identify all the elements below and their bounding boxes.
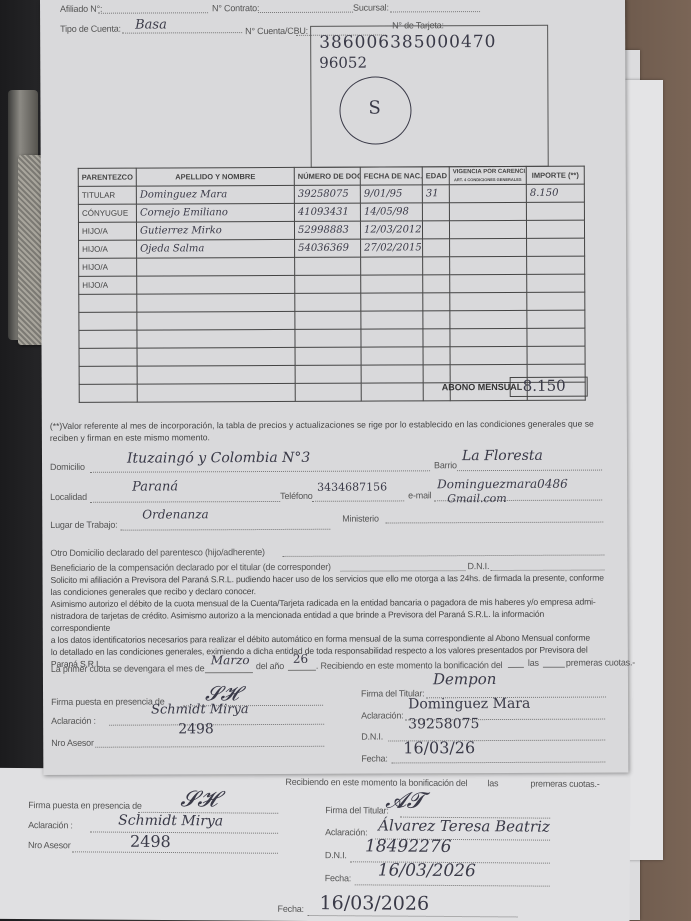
cell-edad[interactable] xyxy=(422,221,449,239)
cell-importe[interactable] xyxy=(527,292,585,310)
abono-mensual-box[interactable]: 8.150 xyxy=(510,377,588,397)
telefono-value: 3434687156 xyxy=(317,480,387,493)
cell-doc[interactable] xyxy=(295,311,361,329)
cell-nombre[interactable] xyxy=(137,365,295,384)
table-row xyxy=(79,310,585,330)
cell-doc[interactable] xyxy=(295,383,361,401)
localidad-value: Paraná xyxy=(132,479,178,494)
cell-doc[interactable] xyxy=(295,329,361,347)
cell-parentezco[interactable] xyxy=(79,294,137,312)
ministerio-label: Ministerio xyxy=(342,514,379,524)
cell-doc[interactable] xyxy=(295,257,361,275)
primer-cuota-anio-field[interactable] xyxy=(288,670,316,671)
cell-vigencia[interactable] xyxy=(450,238,527,256)
col-nac: FECHA DE NAC. xyxy=(360,167,422,185)
bonificacion-las-label: las xyxy=(528,658,539,668)
cell-parentezco[interactable]: HIJO/A xyxy=(79,276,137,294)
col-doc: NÚMERO DE DOC. xyxy=(294,167,360,185)
cell-doc[interactable]: 41093431 xyxy=(294,203,360,221)
cell-vigencia[interactable] xyxy=(450,274,527,292)
cell-edad[interactable] xyxy=(423,293,450,311)
cell-nac[interactable] xyxy=(361,347,423,365)
table-row: HIJO/AGutierrez Mirko5299888312/03/2012 xyxy=(78,220,584,240)
titular-aclaracion-label: Aclaración: xyxy=(361,710,403,720)
cell-nac[interactable] xyxy=(361,365,423,383)
afiliado-field[interactable] xyxy=(98,12,208,13)
cell-edad[interactable] xyxy=(423,311,450,329)
telefono-label: Teléfono xyxy=(280,491,312,501)
cell-nombre[interactable]: Ojeda Salma xyxy=(137,239,295,258)
cell-edad[interactable]: 31 xyxy=(422,185,449,203)
cell-parentezco[interactable] xyxy=(79,330,137,348)
second-titular-label: Firma del Titular: xyxy=(325,805,388,815)
cell-vigencia[interactable] xyxy=(450,328,527,346)
cell-nac[interactable] xyxy=(361,293,423,311)
telefono-field[interactable] xyxy=(312,500,404,501)
cell-vigencia[interactable] xyxy=(449,202,526,220)
cell-parentezco[interactable] xyxy=(79,312,137,330)
cell-parentezco[interactable]: TITULAR xyxy=(78,186,136,204)
cell-importe[interactable] xyxy=(527,274,585,292)
cell-edad[interactable] xyxy=(422,203,449,221)
second-fecha-value: 16/03/2026 xyxy=(378,860,476,881)
email-value-line1: Dominguezmara0486 xyxy=(437,477,568,492)
sucursal-label: Sucursal: xyxy=(353,2,389,12)
second-asesor-value: 2498 xyxy=(130,832,171,851)
aclaracion-value: Schmidt Mirya xyxy=(151,702,249,717)
cell-doc[interactable] xyxy=(295,347,361,365)
abono-mensual-value: 8.150 xyxy=(523,377,566,395)
cell-parentezco[interactable] xyxy=(79,366,137,384)
barrio-value: La Floresta xyxy=(462,448,543,464)
table-row xyxy=(79,292,585,312)
second-titular-aclaracion-value: Álvarez Teresa Beatriz xyxy=(378,816,550,835)
second-fecha2-line[interactable] xyxy=(308,915,518,917)
cell-parentezco[interactable] xyxy=(79,384,137,402)
table-row: TITULARDominguez Mara392580759/01/95318.… xyxy=(78,184,584,204)
cell-nac[interactable] xyxy=(361,329,423,347)
bonificacion-del-field[interactable] xyxy=(508,667,524,668)
afiliado-label: Afiliado N°: xyxy=(60,4,102,14)
second-dni-value: 18492276 xyxy=(365,836,452,857)
barrio-label: Barrio xyxy=(434,460,457,470)
cell-vigencia[interactable] xyxy=(450,310,527,328)
cell-nac[interactable]: 14/05/98 xyxy=(360,203,422,221)
second-bonificacion-text: Recibiendo en este momento la bonificaci… xyxy=(285,777,467,788)
cell-parentezco[interactable]: HIJO/A xyxy=(78,222,136,240)
second-presencia-label: Firma puesta en presencia de xyxy=(28,800,142,811)
domicilio-label: Domicilio xyxy=(50,462,85,472)
cell-nombre[interactable]: Dominguez Mara xyxy=(136,185,294,204)
ministerio-field[interactable] xyxy=(385,522,603,524)
second-asesor-label: Nro Asesor xyxy=(28,840,71,850)
beneficiario-dni-label: D.N.I. xyxy=(467,561,489,571)
localidad-field[interactable] xyxy=(90,501,280,503)
second-fecha2-value: 16/03/2026 xyxy=(320,892,430,915)
presencia-label: Firma puesta en presencia de xyxy=(51,696,165,706)
trabajo-value: Ordenanza xyxy=(142,507,209,521)
family-table-body: TITULARDominguez Mara392580759/01/95318.… xyxy=(78,184,585,402)
circled-letter: S xyxy=(368,98,380,119)
table-row: CÓNYUGUECornejo Emiliano4109343114/05/98 xyxy=(78,202,584,222)
cell-importe[interactable] xyxy=(527,328,585,346)
tarjeta-value-line2: 96052 xyxy=(319,54,367,72)
col-nombre: APELLIDO Y NOMBRE xyxy=(136,167,294,186)
primer-cuota-end: premeras cuotas.- xyxy=(566,657,635,667)
family-table: PARENTEZCO APELLIDO Y NOMBRE NÚMERO DE D… xyxy=(78,166,586,403)
cell-nombre[interactable] xyxy=(137,383,295,402)
cell-nac[interactable] xyxy=(361,275,423,293)
second-form-sheet: Recibiendo en este momento la bonificaci… xyxy=(0,768,631,921)
cell-nombre[interactable] xyxy=(137,311,295,330)
email-label: e-mail xyxy=(408,490,431,500)
cell-importe[interactable] xyxy=(527,238,585,256)
table-header-row: PARENTEZCO APELLIDO Y NOMBRE NÚMERO DE D… xyxy=(78,166,584,186)
cell-doc[interactable] xyxy=(295,365,361,383)
titular-fecha-label: Fecha: xyxy=(361,753,387,763)
tarjeta-value-line1: 386006385000470 xyxy=(319,32,496,53)
contrato-field[interactable] xyxy=(258,12,353,13)
cell-nac[interactable] xyxy=(361,383,423,401)
cell-nombre[interactable]: Gutierrez Mirko xyxy=(136,221,294,240)
titular-fecha-field[interactable] xyxy=(391,762,605,764)
cell-importe[interactable] xyxy=(527,256,585,274)
cell-importe[interactable] xyxy=(526,220,584,238)
cell-edad[interactable] xyxy=(423,365,450,383)
cell-doc[interactable]: 52998883 xyxy=(294,221,360,239)
cell-importe[interactable] xyxy=(526,202,584,220)
cell-nac[interactable]: 9/01/95 xyxy=(360,185,422,203)
col-vigencia: VIGENCIA POR CARENCIA ART. 4 CONDICIONES… xyxy=(449,166,526,184)
titular-signature: Dempon xyxy=(433,670,496,688)
col-edad: EDAD xyxy=(422,167,449,185)
second-aclaracion-label: Aclaración : xyxy=(28,820,73,830)
titular-dni-label: D.N.I. xyxy=(361,732,383,742)
trabajo-label: Lugar de Trabajo: xyxy=(50,520,117,530)
cell-nac[interactable]: 12/03/2012 xyxy=(360,221,422,239)
trabajo-field[interactable] xyxy=(120,529,330,531)
cell-doc[interactable]: 39258075 xyxy=(294,185,360,203)
titular-fecha-value: 16/03/26 xyxy=(403,738,475,757)
contrato-label: N° Contrato: xyxy=(212,3,259,13)
cell-doc[interactable] xyxy=(295,293,361,311)
sucursal-field[interactable] xyxy=(390,11,480,12)
primer-cuota-prefix: La primer cuota se devengara el mes de xyxy=(51,663,205,674)
beneficiario-label: Beneficiario de la compensación declarad… xyxy=(50,562,330,573)
table-row xyxy=(79,328,585,348)
cell-nac[interactable] xyxy=(361,257,423,275)
cell-parentezco[interactable]: HIJO/A xyxy=(79,240,137,258)
cell-nombre[interactable] xyxy=(137,257,295,276)
second-las-label: las xyxy=(487,778,498,788)
cell-nombre[interactable] xyxy=(137,329,295,348)
cell-edad[interactable] xyxy=(423,347,450,365)
cell-nombre[interactable] xyxy=(137,347,295,366)
legal-line: lo detallado en las condiciones generale… xyxy=(51,644,606,658)
cell-nombre[interactable] xyxy=(137,275,295,294)
cell-nombre[interactable] xyxy=(137,293,295,312)
aclaracion-field[interactable] xyxy=(109,724,324,726)
cell-importe[interactable]: 8.150 xyxy=(526,184,584,202)
asesor-label: Nro Asesor xyxy=(51,738,94,748)
second-fecha-line[interactable] xyxy=(355,884,550,886)
primer-cuota-mes-field[interactable] xyxy=(205,672,253,673)
cell-importe[interactable] xyxy=(527,310,585,328)
legal-line: nistradora de tarjetas de crédito. Asimi… xyxy=(51,608,606,634)
table-row xyxy=(79,346,585,366)
domicilio-value: Ituzaingó y Colombia N°3 xyxy=(127,450,310,467)
pricing-note: (**)Valor referente al mes de incorporac… xyxy=(50,418,605,444)
cell-edad[interactable] xyxy=(423,275,450,293)
second-titular-signature: 𝓐𝓣 xyxy=(385,789,423,814)
legal-line: Solicito mi afiliación a Previsora del P… xyxy=(51,572,606,586)
tipo-cuenta-label: Tipo de Cuenta: xyxy=(60,24,121,34)
cell-importe[interactable] xyxy=(527,346,585,364)
bonificacion-las-field[interactable] xyxy=(543,667,565,668)
cell-parentezco[interactable] xyxy=(79,348,137,366)
table-row: HIJO/AOjeda Salma5403636927/02/2015 xyxy=(79,238,585,258)
second-aclaracion-line[interactable] xyxy=(90,831,278,833)
cell-edad[interactable] xyxy=(423,239,450,257)
cell-vigencia[interactable] xyxy=(449,220,526,238)
domicilio-field[interactable] xyxy=(90,470,430,472)
localidad-label: Localidad xyxy=(50,492,87,502)
cell-edad[interactable] xyxy=(423,329,450,347)
email-value-line2: Gmail.com xyxy=(447,492,507,505)
col-vigencia-subtitle: ART. 4 CONDICIONES GENERALES xyxy=(453,175,523,182)
col-importe: IMPORTE (**) xyxy=(526,166,584,184)
cell-vigencia[interactable] xyxy=(449,184,526,202)
cell-edad[interactable] xyxy=(423,257,450,275)
primer-cuota-anio-value: 26 xyxy=(293,652,308,666)
second-dni-label: D.N.I. xyxy=(325,850,347,860)
barrio-field[interactable] xyxy=(457,470,602,472)
second-fecha2-label: Fecha: xyxy=(278,904,304,914)
col-vigencia-title: VIGENCIA POR CARENCIA xyxy=(453,168,523,175)
otro-domicilio-label: Otro Domicilio declarado del parentesco … xyxy=(50,547,264,558)
asesor-value: 2498 xyxy=(178,721,214,737)
cell-vigencia[interactable] xyxy=(450,346,527,364)
otro-domicilio-field[interactable] xyxy=(282,555,604,557)
cell-nac[interactable]: 27/02/2015 xyxy=(361,239,423,257)
second-fecha-label: Fecha: xyxy=(325,873,351,883)
cell-parentezco[interactable]: CÓNYUGUE xyxy=(78,204,136,222)
tarjeta-box[interactable]: 386006385000470 96052 S xyxy=(310,25,549,168)
titular-dni-value: 39258075 xyxy=(408,716,479,732)
cell-nombre[interactable]: Cornejo Emiliano xyxy=(136,203,294,222)
tipo-cuenta-value: Basa xyxy=(135,17,167,32)
second-asesor-line[interactable] xyxy=(72,851,278,853)
cell-doc[interactable] xyxy=(295,275,361,293)
table-row: HIJO/A xyxy=(79,256,585,276)
main-form-sheet: Afiliado N°: N° Contrato: Sucursal: Tipo… xyxy=(40,0,628,775)
cell-vigencia[interactable] xyxy=(450,256,527,274)
primer-cuota-mes-value: Marzo xyxy=(211,653,250,667)
second-titular-aclaracion-label: Aclaración: xyxy=(325,827,367,837)
aclaracion-label: Aclaración : xyxy=(51,716,96,726)
second-presencia-signature: 𝓢𝓗 xyxy=(180,787,217,812)
cell-vigencia[interactable] xyxy=(450,292,527,310)
legal-text: Solicito mi afiliación a Previsora del P… xyxy=(51,572,606,670)
asesor-field[interactable] xyxy=(95,746,324,748)
table-row: HIJO/A xyxy=(79,274,585,294)
titular-aclaracion-value: Dominguez Mara xyxy=(408,696,530,713)
cell-parentezco[interactable]: HIJO/A xyxy=(79,258,137,276)
cell-doc[interactable]: 54036369 xyxy=(295,239,361,257)
cell-nac[interactable] xyxy=(361,311,423,329)
second-aclaracion-value: Schmidt Mirya xyxy=(118,813,223,830)
primer-cuota-anio-label: del año xyxy=(256,661,284,671)
second-end-text: premeras cuotas.- xyxy=(530,779,599,789)
col-parentezco: PARENTEZCO xyxy=(78,168,136,186)
circled-mark: S xyxy=(339,76,411,144)
